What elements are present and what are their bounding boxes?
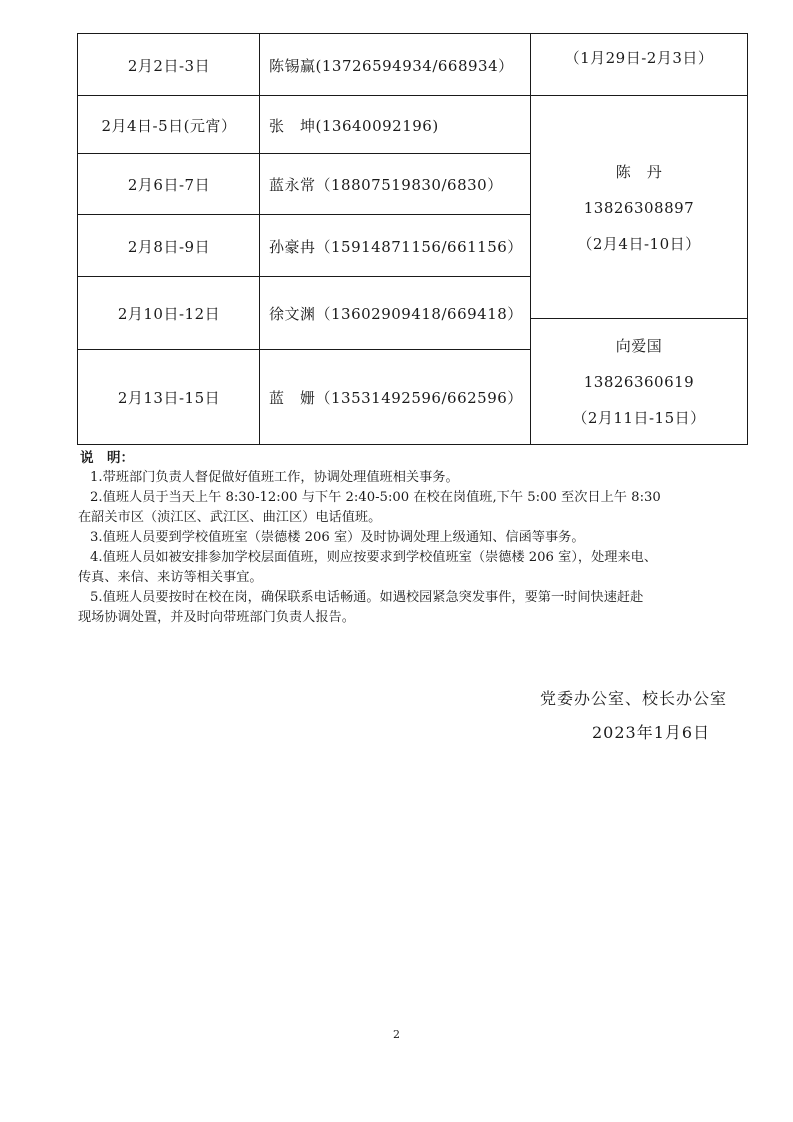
note-item: 2.值班人员于当天上午 8:30-12:00 与下午 2:40-5:00 在校在…	[78, 488, 750, 508]
table-row-date: 2月4日-5日(元宵）	[77, 95, 261, 155]
table-row-date: 2月8日-9日	[77, 214, 261, 278]
date-cell: 2月2日-3日	[128, 55, 210, 76]
table-row-staff: 徐文渊（13602909418/669418）	[259, 276, 532, 351]
leader-cell-2: 陈 丹 13826308897 （2月4日-10日）	[530, 95, 748, 320]
table-row-staff: 张 坤(13640092196)	[259, 95, 532, 155]
leader-cell-1: （1月29日-2月3日）	[530, 33, 748, 97]
table-row-date: 2月2日-3日	[77, 33, 261, 97]
staff-cell: 陈锡赢(13726594934/668934）	[269, 55, 514, 76]
note-item: 5.值班人员要按时在校在岗，确保联系电话畅通。如遇校园紧急突发事件，要第一时间快…	[78, 588, 750, 608]
leader-name: 向爱国	[616, 328, 663, 364]
signature-date: 2023年1月6日	[592, 720, 710, 743]
leader-cell-3: 向爱国 13826360619 （2月11日-15日）	[530, 318, 748, 445]
table-row-date: 2月6日-7日	[77, 153, 261, 216]
staff-cell: 蓝永常（18807519830/6830）	[269, 174, 503, 195]
page-number: 2	[393, 1028, 400, 1041]
note-item: 3.值班人员要到学校值班室（崇德楼 206 室）及时协调处理上级通知、信函等事务…	[78, 528, 750, 548]
date-cell: 2月10日-12日	[118, 303, 220, 324]
table-row-date: 2月10日-12日	[77, 276, 261, 351]
notes-title: 说 明：	[80, 448, 750, 468]
note-item-continued: 现场协调处置，并及时向带班部门负责人报告。	[78, 608, 750, 628]
table-row-date: 2月13日-15日	[77, 349, 261, 445]
date-cell: 2月6日-7日	[128, 174, 210, 195]
date-cell: 2月8日-9日	[128, 236, 210, 257]
date-cell: 2月4日-5日(元宵）	[101, 115, 236, 136]
leader-period: （2月4日-10日）	[577, 226, 700, 262]
note-item: 1.带班部门负责人督促做好值班工作，协调处理值班相关事务。	[78, 468, 750, 488]
note-item: 4.值班人员如被安排参加学校层面值班，则应按要求到学校值班室（崇德楼 206 室…	[78, 548, 750, 568]
staff-cell: 张 坤(13640092196)	[269, 115, 439, 136]
notes-section: 说 明： 1.带班部门负责人督促做好值班工作，协调处理值班相关事务。 2.值班人…	[80, 448, 750, 628]
table-row-staff: 孙豪冉（15914871156/661156）	[259, 214, 532, 278]
leader-phone: 13826360619	[584, 364, 694, 400]
leader-period: （1月29日-2月3日）	[565, 40, 714, 76]
table-row-staff: 蓝 姗（13531492596/662596）	[259, 349, 532, 445]
note-item-continued: 在韶关市区（浈江区、武江区、曲江区）电话值班。	[78, 508, 750, 528]
leader-period: （2月11日-15日）	[572, 400, 705, 436]
table-row-staff: 陈锡赢(13726594934/668934）	[259, 33, 532, 97]
staff-cell: 徐文渊（13602909418/669418）	[269, 303, 523, 324]
leader-name: 陈 丹	[616, 154, 663, 190]
date-cell: 2月13日-15日	[118, 387, 220, 408]
leader-phone: 13826308897	[584, 190, 694, 226]
staff-cell: 蓝 姗（13531492596/662596）	[269, 387, 523, 408]
staff-cell: 孙豪冉（15914871156/661156）	[269, 236, 523, 257]
table-row-staff: 蓝永常（18807519830/6830）	[259, 153, 532, 216]
duty-schedule-table: 2月2日-3日 陈锡赢(13726594934/668934） （1月29日-2…	[77, 33, 748, 445]
note-item-continued: 传真、来信、来访等相关事宜。	[78, 568, 750, 588]
signature-office: 党委办公室、校长办公室	[540, 686, 727, 709]
